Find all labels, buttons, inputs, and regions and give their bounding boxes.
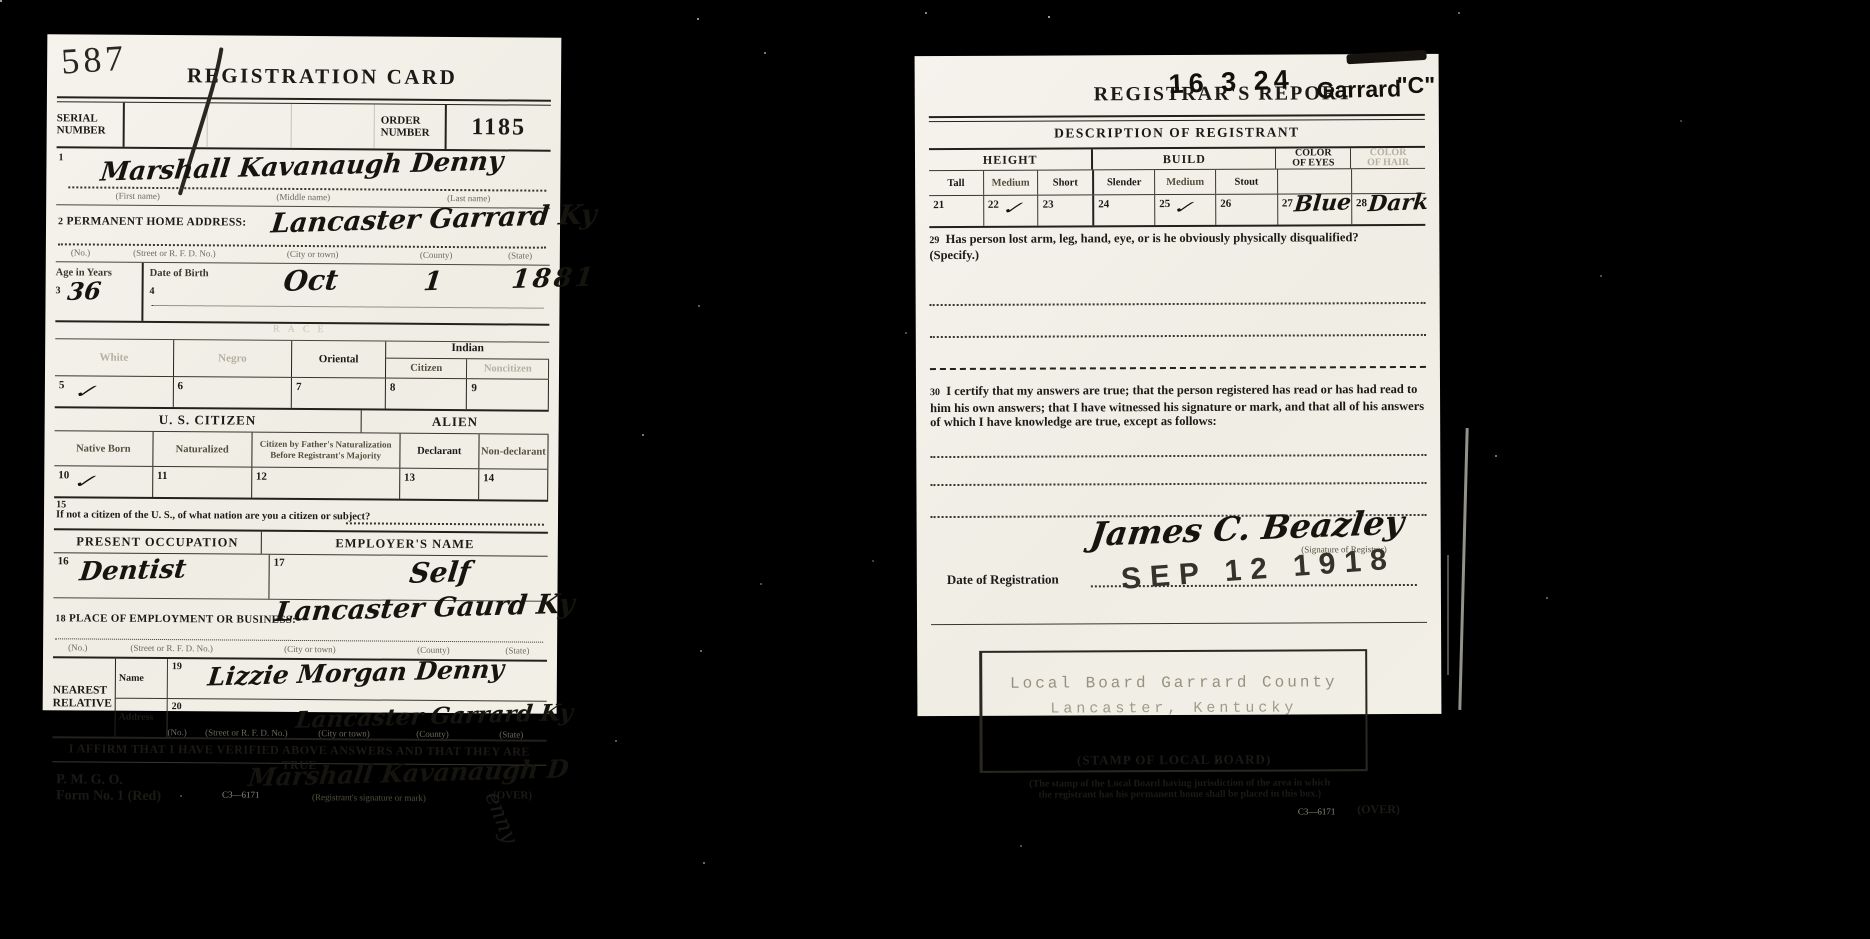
cell-build-medium: 25 ✓ <box>1155 195 1216 225</box>
local-board-stamp-box: Local Board Garrard County Lancaster, Ke… <box>979 649 1368 773</box>
age-dob-row: Age in Years 3 36 Date of Birth 4 Oct 1 … <box>55 262 549 325</box>
checkmark-icon: ✓ <box>999 198 1030 219</box>
header-tall: Tall <box>929 171 984 195</box>
description-table-group-headers: HEIGHT BUILD COLOR OF EYES COLOR OF HAIR <box>929 148 1425 171</box>
date-of-registration-label: Date of Registration <box>947 571 1059 587</box>
description-number-row: 21 22 ✓ 23 24 25 ✓ 26 27 Blue 28 Dark <box>929 193 1425 228</box>
relative-name-row: Name 19 Lizzie Morgan Denny <box>116 659 547 702</box>
caption-state: (State) <box>490 250 549 260</box>
build-header: BUILD <box>1093 149 1276 170</box>
stamp-division: "C" <box>1397 72 1436 99</box>
penciled-serial-number: 587 <box>60 37 129 83</box>
occupation-handwritten: Dentist <box>78 554 188 587</box>
caption-city: (City or town) <box>244 249 382 260</box>
caption-first-name: (First name) <box>56 190 219 201</box>
relative-name-handwritten: Lizzie Morgan Denny <box>206 654 505 691</box>
height-header: HEIGHT <box>929 149 1093 170</box>
race-indian-subheaders: Citizen Noncitizen <box>386 358 549 379</box>
question-number: 1 <box>58 152 63 163</box>
local-board-stamp-line1: Local Board Garrard County <box>982 673 1365 693</box>
address-captions: (No.) (Street or R. F. D. No.) (City or … <box>56 247 550 260</box>
over-label: (OVER) <box>493 789 532 801</box>
citizen-header-row: U. S. CITIZEN ALIEN <box>55 408 549 434</box>
race-header-indian: Indian <box>386 342 549 359</box>
nearest-relative-label: NEAREST RELATIVE <box>52 658 116 736</box>
write-line <box>346 522 544 525</box>
employers-name-header: EMPLOYER'S NAME <box>261 532 548 556</box>
write-line <box>930 334 1426 338</box>
citizen-cell-by-father: 12 <box>252 468 400 499</box>
hair-color-handwritten: Dark <box>1367 189 1430 217</box>
employer-handwritten: Self <box>408 555 472 590</box>
report-footer: C3—6171 (OVER) <box>932 799 1428 827</box>
question-29: 29 Has person lost arm, leg, hand, eye, … <box>929 226 1425 274</box>
us-citizen-header: U. S. CITIZEN <box>55 408 361 432</box>
citizen-cell-naturalized: 11 <box>153 467 252 498</box>
write-line <box>151 305 543 309</box>
checkmark-icon: ✓ <box>71 380 104 403</box>
cell-hair-color: 28 Dark <box>1352 194 1425 224</box>
checkmark-icon: ✓ <box>70 470 103 493</box>
header-declarant: Declarant <box>400 434 479 469</box>
citizen-cell-native-born: 10 ✓ <box>54 466 153 497</box>
question-30: 30 I certify that my answers are true; t… <box>930 382 1426 430</box>
race-cell-oriental: 7 <box>292 378 386 409</box>
cell-height-medium: 22 ✓ <box>984 196 1039 226</box>
relative-name-field-label: Name <box>116 659 168 698</box>
serial-number-label: NUMBER <box>57 124 123 136</box>
question-number: 20 <box>172 701 182 712</box>
question-number: 3 <box>56 285 61 296</box>
race-header-noncitizen: Noncitizen <box>467 359 549 379</box>
relative-address-row: Address 20 Lancaster Garrard Ky (No.) (S… <box>115 698 546 740</box>
header-height-medium: Medium <box>984 171 1039 195</box>
scan-artifact-streak <box>1447 555 1449 675</box>
header-native-born: Native Born <box>54 431 153 466</box>
age-handwritten: 36 <box>66 276 103 306</box>
present-occupation-header: PRESENT OCCUPATION <box>54 530 261 553</box>
cell-short: 23 <box>1039 195 1095 225</box>
dob-label: Date of Birth <box>150 268 209 279</box>
order-number-label: NUMBER <box>381 127 445 139</box>
citizen-number-row: 10 ✓ 11 12 13 14 <box>54 465 548 501</box>
race-header-indian-block: Indian Citizen Noncitizen <box>386 342 549 379</box>
serial-number-field <box>125 103 375 149</box>
color-of-hair-header: COLOR OF HAIR <box>1351 148 1425 168</box>
date-of-registration-row: Date of Registration SEP 12 1918 <box>931 553 1427 599</box>
race-cell-indian-noncitizen: 9 <box>467 379 549 410</box>
nearest-relative-fields: Name 19 Lizzie Morgan Denny Address 20 L… <box>115 659 547 740</box>
home-address-row: 2 PERMANENT HOME ADDRESS: Lancaster Garr… <box>56 205 550 265</box>
header-short: Short <box>1038 170 1094 194</box>
cell-tall: 21 <box>929 196 984 226</box>
card-footer: P. M. G. O. Form No. 1 (Red) C3—6171 Mar… <box>52 762 546 835</box>
form-identifier: P. M. G. O. Form No. 1 (Red) <box>56 772 161 805</box>
serial-number-label: SERIAL <box>57 112 123 124</box>
question-29-specify: (Specify.) <box>929 246 1425 262</box>
nation-question-row: 15 If not a citizen of the U. S., of wha… <box>54 498 548 533</box>
occupation-cell: 16 Dentist <box>53 553 269 599</box>
occupation-header-row: PRESENT OCCUPATION EMPLOYER'S NAME <box>54 530 548 556</box>
header-slender: Slender <box>1094 170 1155 194</box>
order-number-value: 1185 <box>447 105 551 150</box>
registration-card-front: 587 REGISTRATION CARD SERIAL NUMBER ORDE… <box>43 34 562 714</box>
question-number: 4 <box>150 286 155 297</box>
header-naturalized: Naturalized <box>153 432 252 467</box>
race-header-white: White <box>55 339 174 376</box>
race-header-oriental: Oriental <box>292 341 386 378</box>
citizen-cell-declarant: 13 <box>400 469 479 500</box>
dob-cell: Date of Birth 4 Oct 1 1881 <box>143 263 549 324</box>
stamp-box-note: (The stamp of the Local Board having jur… <box>932 776 1428 801</box>
write-line <box>930 481 1426 485</box>
home-address-label: 2 PERMANENT HOME ADDRESS: <box>58 215 246 228</box>
relative-address-field-label: Address <box>115 698 167 737</box>
race-cell-white: 5 ✓ <box>55 376 174 407</box>
dob-year-handwritten: 1881 <box>510 263 598 295</box>
stamp-date-code: 16 3 24 <box>1168 64 1294 100</box>
over-label: (OVER) <box>1357 802 1400 817</box>
employment-captions: (No.) (Street or R. F. D. No.) (City or … <box>53 642 547 655</box>
color-of-eyes-header: COLOR OF EYES <box>1276 148 1351 168</box>
race-cell-indian-citizen: 8 <box>386 379 468 410</box>
nearest-relative-row: NEAREST RELATIVE Name 19 Lizzie Morgan D… <box>52 658 547 741</box>
print-code: C3—6171 <box>1298 806 1336 816</box>
write-line <box>930 366 1426 370</box>
place-of-employment-row: 18 PLACE OF EMPLOYMENT OR BUSINESS: Lanc… <box>53 598 547 661</box>
divider <box>931 621 1427 624</box>
serial-order-row: SERIAL NUMBER ORDER NUMBER 1185 <box>57 102 551 151</box>
order-number-box: ORDER NUMBER <box>375 105 447 150</box>
name-row: 1 Marshall Kavanaugh Denny (First name) … <box>56 148 550 208</box>
citizen-subheader-row: Native Born Naturalized Citizen by Fathe… <box>54 431 548 468</box>
card-title: REGISTRATION CARD <box>187 63 457 90</box>
race-cell-negro: 6 <box>173 377 292 408</box>
checkmark-icon: ✓ <box>1170 198 1201 219</box>
cell-slender: 24 <box>1094 195 1155 225</box>
header-citizen-by-father: Citizen by Father's Naturalization Befor… <box>252 433 400 468</box>
question-29-text: Has person lost arm, leg, hand, eye, or … <box>946 230 1359 246</box>
caption-no: (No.) <box>56 247 105 257</box>
question-number: 19 <box>172 661 182 672</box>
scan-speckles <box>0 0 2 2</box>
scan-background: 587 REGISTRATION CARD SERIAL NUMBER ORDE… <box>0 0 1870 939</box>
place-of-employment-label: 18 PLACE OF EMPLOYMENT OR BUSINESS: <box>55 612 296 626</box>
relative-captions: (No.) (Street or R. F. D. No.) (City or … <box>167 727 544 740</box>
cell-eye-color: 27 Blue <box>1278 194 1352 224</box>
serial-number-box: SERIAL NUMBER <box>57 102 125 146</box>
registrant-name-handwritten: Marshall Kavanaugh Denny <box>99 146 505 187</box>
race-number-row: 5 ✓ 6 7 8 9 <box>55 375 549 411</box>
nation-question-text: If not a citizen of the U. S., of what n… <box>56 509 370 522</box>
scan-artifact-streak <box>1458 428 1468 710</box>
race-header-citizen: Citizen <box>386 359 468 379</box>
header-stout: Stout <box>1216 170 1278 194</box>
header-build-medium: Medium <box>1155 170 1216 194</box>
order-number-label: ORDER <box>381 115 445 127</box>
stamp-of-local-board-caption: (STAMP OF LOCAL BOARD) <box>983 751 1366 769</box>
write-line <box>930 302 1426 306</box>
caption-county: (County) <box>382 250 491 261</box>
signature-caption: (Registrant's signature or mark) <box>312 792 426 803</box>
registrars-report-back: REGISTRAR'S REPORT 16 3 24 Garrard "C" D… <box>915 54 1442 716</box>
card-header: 587 REGISTRATION CARD <box>57 40 551 99</box>
scan-smudge <box>1346 50 1426 65</box>
local-board-stamp-line2: Lancaster, Kentucky <box>982 699 1365 718</box>
cell-stout: 26 <box>1216 195 1278 225</box>
question-30-text: I certify that my answers are true; that… <box>930 382 1424 429</box>
caption-street: (Street or R. F. D. No.) <box>105 248 243 259</box>
dob-month-handwritten: Oct <box>282 263 340 298</box>
race-header-negro: Negro <box>174 340 293 377</box>
alien-header: ALIEN <box>360 410 548 433</box>
dob-day-handwritten: 1 <box>422 267 443 298</box>
age-cell: Age in Years 3 36 <box>55 262 143 321</box>
eye-color-handwritten: Blue <box>1293 189 1353 217</box>
write-line <box>930 453 1426 457</box>
stamp-board-name: Garrard <box>1316 75 1401 104</box>
caption-middle-name: (Middle name) <box>219 191 387 202</box>
race-header-row: White Negro Oriental Indian Citizen Nonc… <box>55 338 549 378</box>
report-header: REGISTRAR'S REPORT 16 3 24 Garrard "C" <box>929 62 1425 116</box>
description-header: DESCRIPTION OF REGISTRANT <box>929 120 1425 150</box>
header-non-declarant: Non-declarant <box>479 434 548 468</box>
citizen-cell-non-declarant: 14 <box>479 469 548 499</box>
